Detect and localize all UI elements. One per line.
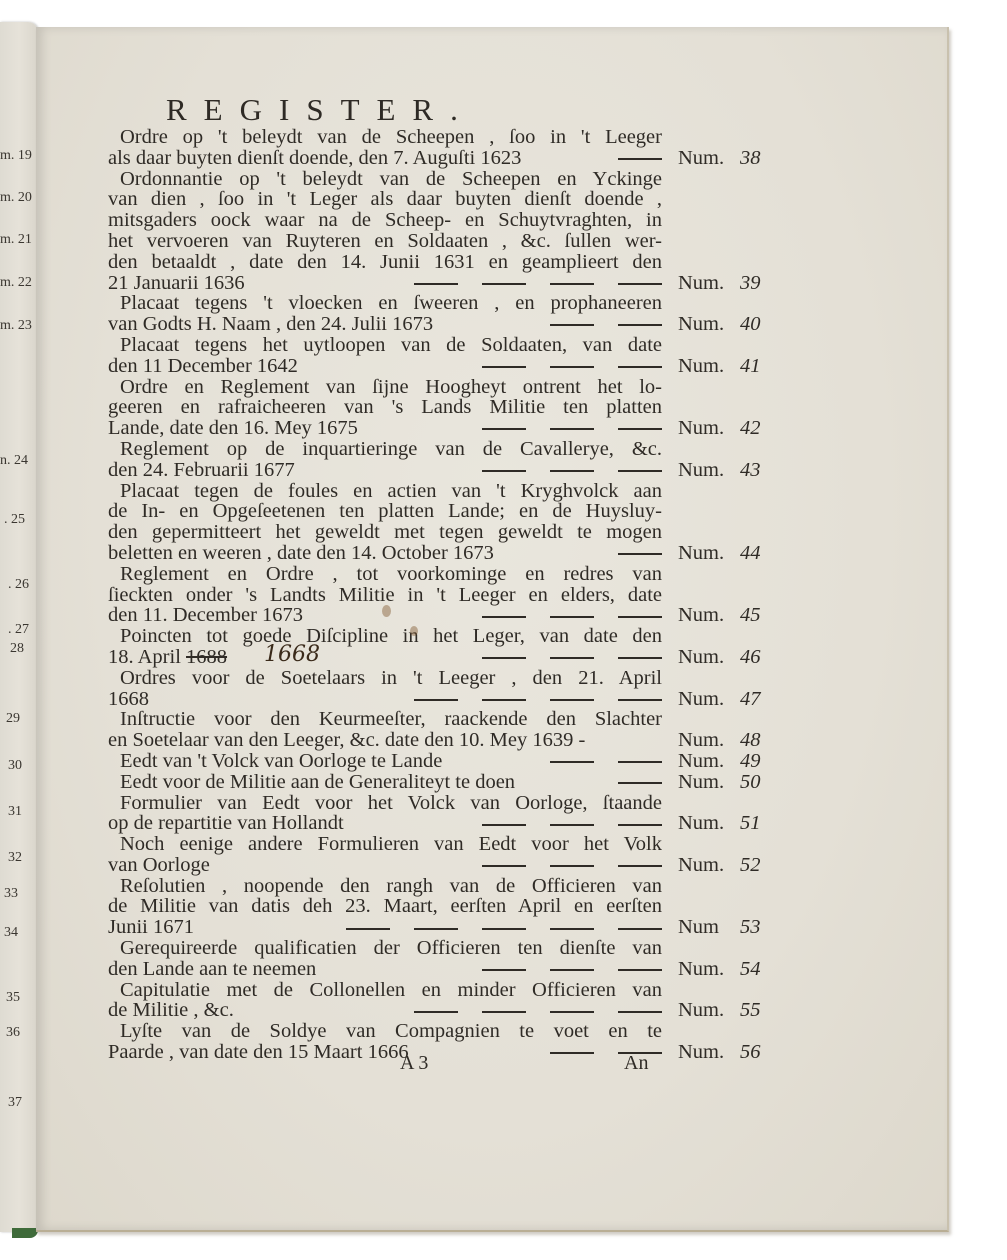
num-label: Num. — [678, 1042, 724, 1063]
entry-line: Placaat tegens het uytloopen van de Sold… — [108, 335, 808, 356]
entry-text: Placaat tegen de foules en actien van 't… — [120, 481, 662, 502]
entry-line: Noch eenige andere Formulieren van Eedt … — [108, 834, 808, 855]
entry-line: Gerequireerde qualificatien der Officier… — [108, 938, 808, 959]
entry-line: Reſolutien , noopende den rangh van de O… — [108, 876, 808, 897]
entry-text: Inſtructie voor den Keurmeeſter, raacken… — [120, 709, 662, 730]
entry-text: van dien , ſoo in 't Leger als daar buyt… — [108, 189, 662, 210]
leader-dashes — [526, 314, 662, 335]
entry-text: 1668 — [108, 689, 149, 710]
entry-number: 44 — [740, 543, 761, 564]
paper-stain — [410, 626, 418, 636]
entry-line: Placaat tegen de foules en actien van 't… — [108, 481, 808, 502]
num-label: Num. — [678, 959, 724, 980]
num-label: Num. — [678, 356, 724, 377]
leader-dashes — [458, 813, 662, 834]
entry-text: Placaat tegens 't vloecken en ſweeren , … — [120, 293, 662, 314]
num-label: Num. — [678, 751, 724, 772]
entry-line: Reglement op de inquartieringe van de Ca… — [108, 439, 808, 460]
entry-line: mitsgaders oock waar na de Scheep- en Sc… — [108, 210, 808, 231]
entry-number: 51 — [740, 813, 761, 834]
leader-dashes — [594, 148, 662, 169]
entry-text: Ordre en Reglement van ſijne Hoogheyt on… — [120, 377, 662, 398]
entry-line: 21 Januarii 1636Num.39 — [108, 273, 808, 294]
entry-number: 54 — [740, 959, 761, 980]
margin-number: 35 — [6, 990, 20, 1006]
register-entry: Reſolutien , noopende den rangh van de O… — [108, 876, 808, 938]
margin-number: m. 22 — [0, 275, 32, 291]
leader-dashes — [458, 460, 662, 481]
register-entry: Eedt van 't Volck van Oorloge te LandeNu… — [108, 751, 808, 772]
entry-line: de Militie van datis deh 23. Maart, eerſ… — [108, 896, 808, 917]
signature-mark: A 3 — [400, 1052, 428, 1075]
margin-number: 29 — [6, 711, 20, 727]
register-entry: Capitulatie met de Collonellen en minder… — [108, 980, 808, 1022]
entry-text: Eedt van 't Volck van Oorloge te Lande — [120, 751, 442, 772]
entry-line: Eedt van 't Volck van Oorloge te LandeNu… — [108, 751, 808, 772]
entry-text: Poincten tot goede Diſcipline in het Leg… — [120, 626, 662, 647]
entry-line: Inſtructie voor den Keurmeeſter, raacken… — [108, 709, 808, 730]
entry-text: op de repartitie van Hollandt — [108, 813, 344, 834]
entry-text: Eedt voor de Militie aan de Generaliteyt… — [120, 772, 515, 793]
leader-dashes — [390, 689, 662, 710]
entry-line: Ordre op 't beleydt van de Scheepen , ſo… — [108, 127, 808, 148]
register-entry: Ordre op 't beleydt van de Scheepen , ſo… — [108, 127, 808, 169]
entry-text: Lyſte van de Soldye van Compagnien te vo… — [120, 1021, 662, 1042]
margin-number: . 27 — [8, 622, 29, 638]
entry-line: van dien , ſoo in 't Leger als daar buyt… — [108, 189, 808, 210]
entry-text: geeren en rafraicheeren van 's Lands Mil… — [108, 397, 662, 418]
entry-text: mitsgaders oock waar na de Scheep- en Sc… — [108, 210, 662, 231]
entry-line: als daar buyten dienſt doende, den 7. Au… — [108, 148, 808, 169]
entry-line: op de repartitie van HollandtNum.51 — [108, 813, 808, 834]
num-label: Num. — [678, 460, 724, 481]
entry-line: Reglement en Ordre , tot voorkominge en … — [108, 564, 808, 585]
entry-number: 41 — [740, 356, 761, 377]
num-label: Num. — [678, 543, 724, 564]
leader-dashes — [458, 418, 662, 439]
register-entry: Ordonnantie op 't beleydt van de Scheepe… — [108, 169, 808, 294]
entry-text: Reglement op de inquartieringe van de Ca… — [120, 439, 662, 460]
entry-text: den gepermitteert het geweldt met tegen … — [108, 522, 662, 543]
register-entry: Lyſte van de Soldye van Compagnien te vo… — [108, 1021, 808, 1063]
leader-dashes — [458, 605, 662, 626]
entry-line: Lyſte van de Soldye van Compagnien te vo… — [108, 1021, 808, 1042]
entry-number: 48 — [740, 730, 761, 751]
entry-text: Junii 1671 — [108, 917, 194, 938]
handwritten-correction: 1668 — [264, 645, 320, 666]
entry-line: Eedt voor de Militie aan de Generaliteyt… — [108, 772, 808, 793]
entry-number: 45 — [740, 605, 761, 626]
entry-line: Paarde , van date den 15 Maart 1666Num.5… — [108, 1042, 808, 1063]
entry-text: Ordres voor de Soetelaars in 't Leeger ,… — [120, 668, 662, 689]
entry-text: de Militie van datis deh 23. Maart, eerſ… — [108, 896, 662, 917]
entry-line: 1668Num.47 — [108, 689, 808, 710]
num-label: Num. — [678, 647, 724, 668]
register-entry: Noch eenige andere Formulieren van Eedt … — [108, 834, 808, 876]
entry-line: Ordonnantie op 't beleydt van de Scheepe… — [108, 169, 808, 190]
entry-text: Formulier van Eedt voor het Volck van Oo… — [120, 793, 662, 814]
num-label: Num. — [678, 418, 724, 439]
entry-text: den 11 December 1642 — [108, 356, 298, 377]
entry-line: Placaat tegens 't vloecken en ſweeren , … — [108, 293, 808, 314]
register-entry: Placaat tegen de foules en actien van 't… — [108, 481, 808, 564]
register-entry: Eedt voor de Militie aan de Generaliteyt… — [108, 772, 808, 793]
register-entry: Ordre en Reglement van ſijne Hoogheyt on… — [108, 377, 808, 439]
margin-number: 30 — [8, 758, 22, 774]
entry-line: Ordres voor de Soetelaars in 't Leeger ,… — [108, 668, 808, 689]
register-entry: Ordres voor de Soetelaars in 't Leeger ,… — [108, 668, 808, 710]
leader-dashes — [390, 273, 662, 294]
register-entry: Reglement en Ordre , tot voorkominge en … — [108, 564, 808, 626]
entry-number: 49 — [740, 751, 761, 772]
leader-dashes — [458, 356, 662, 377]
entry-line: en Soetelaar van den Leeger, &c. date de… — [108, 730, 808, 751]
entry-line: den Lande aan te neemenNum.54 — [108, 959, 808, 980]
entry-text: en Soetelaar van den Leeger, &c. date de… — [108, 730, 585, 751]
entry-text: den betaaldt , date den 14. Junii 1631 e… — [108, 252, 662, 273]
register-entry: Reglement op de inquartieringe van de Ca… — [108, 439, 808, 481]
margin-number: 28 — [10, 641, 24, 657]
entry-line: den 11. December 1673Num.45 — [108, 605, 808, 626]
entry-text: Lande, date den 16. Mey 1675 — [108, 418, 358, 439]
entry-line: geeren en rafraicheeren van 's Lands Mil… — [108, 397, 808, 418]
entry-text: 18. April 1688 — [108, 647, 227, 668]
margin-number: 34 — [4, 925, 18, 941]
entry-line: Formulier van Eedt voor het Volck van Oo… — [108, 793, 808, 814]
entry-line: den gepermitteert het geweldt met tegen … — [108, 522, 808, 543]
entry-text: Capitulatie met de Collonellen en minder… — [120, 980, 662, 1001]
entry-text: als daar buyten dienſt doende, den 7. Au… — [108, 148, 521, 169]
entry-text: Placaat tegens het uytloopen van de Sold… — [120, 335, 662, 356]
leader-dashes — [458, 959, 662, 980]
num-label: Num. — [678, 273, 724, 294]
entry-text: Paarde , van date den 15 Maart 1666 — [108, 1042, 409, 1063]
leader-dashes — [390, 1000, 662, 1021]
num-label: Num. — [678, 605, 724, 626]
entry-number: 40 — [740, 314, 761, 335]
register-entry: Placaat tegens het uytloopen van de Sold… — [108, 335, 808, 377]
entry-text: Noch eenige andere Formulieren van Eedt … — [120, 834, 662, 855]
entry-text: Reglement en Ordre , tot voorkominge en … — [120, 564, 662, 585]
margin-number: 31 — [8, 804, 22, 820]
entry-number: 52 — [740, 855, 761, 876]
entry-text: Reſolutien , noopende den rangh van de O… — [120, 876, 662, 897]
entry-text: van Oorloge — [108, 855, 210, 876]
leader-dashes — [594, 772, 662, 793]
entry-text: Ordre op 't beleydt van de Scheepen , ſo… — [120, 127, 662, 148]
margin-number: m. 23 — [0, 318, 32, 334]
entry-line: het vervoeren van Ruyteren en Soldaaten … — [108, 231, 808, 252]
entry-number: 56 — [740, 1042, 761, 1063]
num-label: Num. — [678, 314, 724, 335]
num-label: Num. — [678, 730, 724, 751]
margin-number: m. 21 — [0, 232, 32, 248]
entry-text: de Militie , &c. — [108, 1000, 234, 1021]
num-label: Num — [678, 917, 719, 938]
entry-text: Ordonnantie op 't beleydt van de Scheepe… — [120, 169, 662, 190]
num-label: Num. — [678, 689, 724, 710]
entry-text: ſieckten onder 's Landts Militie in 't L… — [108, 585, 662, 606]
entry-number: 53 — [740, 917, 761, 938]
entry-number: 39 — [740, 273, 761, 294]
entry-line: de In- en Opgeſeetenen ten platten Lande… — [108, 501, 808, 522]
leader-dashes — [322, 917, 662, 938]
entry-text: Gerequireerde qualificatien der Officier… — [120, 938, 662, 959]
margin-number: n. 24 — [0, 453, 28, 469]
margin-number: 37 — [8, 1095, 22, 1111]
margin-number: 33 — [4, 886, 18, 902]
entry-number: 46 — [740, 647, 761, 668]
entry-line: Ordre en Reglement van ſijne Hoogheyt on… — [108, 377, 808, 398]
entry-text: den 24. Februarii 1677 — [108, 460, 295, 481]
leader-dashes — [458, 855, 662, 876]
entry-number: 38 — [740, 148, 761, 169]
margin-number: m. 19 — [0, 148, 32, 164]
entry-line: den 11 December 1642Num.41 — [108, 356, 808, 377]
margin-number: . 26 — [8, 577, 29, 593]
register-entry: Poincten tot goede Diſcipline in het Leg… — [108, 626, 808, 668]
page-title: REGISTER. — [166, 92, 546, 128]
entry-line: de Militie , &c.Num.55 — [108, 1000, 808, 1021]
margin-number: 36 — [6, 1025, 20, 1041]
leader-dashes — [526, 751, 662, 772]
struck-year: 1688 — [186, 646, 227, 668]
entry-number: 43 — [740, 460, 761, 481]
register-entry: Inſtructie voor den Keurmeeſter, raacken… — [108, 709, 808, 751]
entry-text: beletten en weeren , date den 14. Octobe… — [108, 543, 494, 564]
entry-line: den betaaldt , date den 14. Junii 1631 e… — [108, 252, 808, 273]
entry-line: Lande, date den 16. Mey 1675Num.42 — [108, 418, 808, 439]
entry-number: 50 — [740, 772, 761, 793]
entry-number: 55 — [740, 1000, 761, 1021]
register-entry: Placaat tegens 't vloecken en ſweeren , … — [108, 293, 808, 335]
entry-line: 18. April 16881668Num.46 — [108, 647, 808, 668]
num-label: Num. — [678, 855, 724, 876]
entry-number: 42 — [740, 418, 761, 439]
margin-number: . 25 — [4, 512, 25, 528]
binding-cloth — [12, 1228, 38, 1238]
register-entry: Formulier van Eedt voor het Volck van Oo… — [108, 793, 808, 835]
num-label: Num. — [678, 1000, 724, 1021]
leader-dashes — [458, 647, 662, 668]
entry-line: Capitulatie met de Collonellen en minder… — [108, 980, 808, 1001]
margin-number: m. 20 — [0, 190, 32, 206]
entry-text: den 11. December 1673 — [108, 605, 303, 626]
num-label: Num. — [678, 772, 724, 793]
entry-text: het vervoeren van Ruyteren en Soldaaten … — [108, 231, 662, 252]
entry-line: van OorlogeNum.52 — [108, 855, 808, 876]
entry-line: beletten en weeren , date den 14. Octobe… — [108, 543, 808, 564]
entry-line: ſieckten onder 's Landts Militie in 't L… — [108, 585, 808, 606]
entry-line: den 24. Februarii 1677Num.43 — [108, 460, 808, 481]
entry-line: Junii 1671Num53 — [108, 917, 808, 938]
entry-text: de In- en Opgeſeetenen ten platten Lande… — [108, 501, 662, 522]
register-entries: Ordre op 't beleydt van de Scheepen , ſo… — [108, 127, 808, 1063]
entry-line: Poincten tot goede Diſcipline in het Leg… — [108, 626, 808, 647]
num-label: Num. — [678, 813, 724, 834]
entry-text: van Godts H. Naam , den 24. Julii 1673 — [108, 314, 433, 335]
margin-number: 32 — [8, 850, 22, 866]
num-label: Num. — [678, 148, 724, 169]
catchword: An — [624, 1052, 648, 1075]
leader-dashes — [594, 543, 662, 564]
entry-text: 21 Januarii 1636 — [108, 273, 245, 294]
entry-line: van Godts H. Naam , den 24. Julii 1673Nu… — [108, 314, 808, 335]
paper-stain — [382, 605, 391, 617]
register-entry: Gerequireerde qualificatien der Officier… — [108, 938, 808, 980]
entry-text: den Lande aan te neemen — [108, 959, 316, 980]
entry-number: 47 — [740, 689, 761, 710]
